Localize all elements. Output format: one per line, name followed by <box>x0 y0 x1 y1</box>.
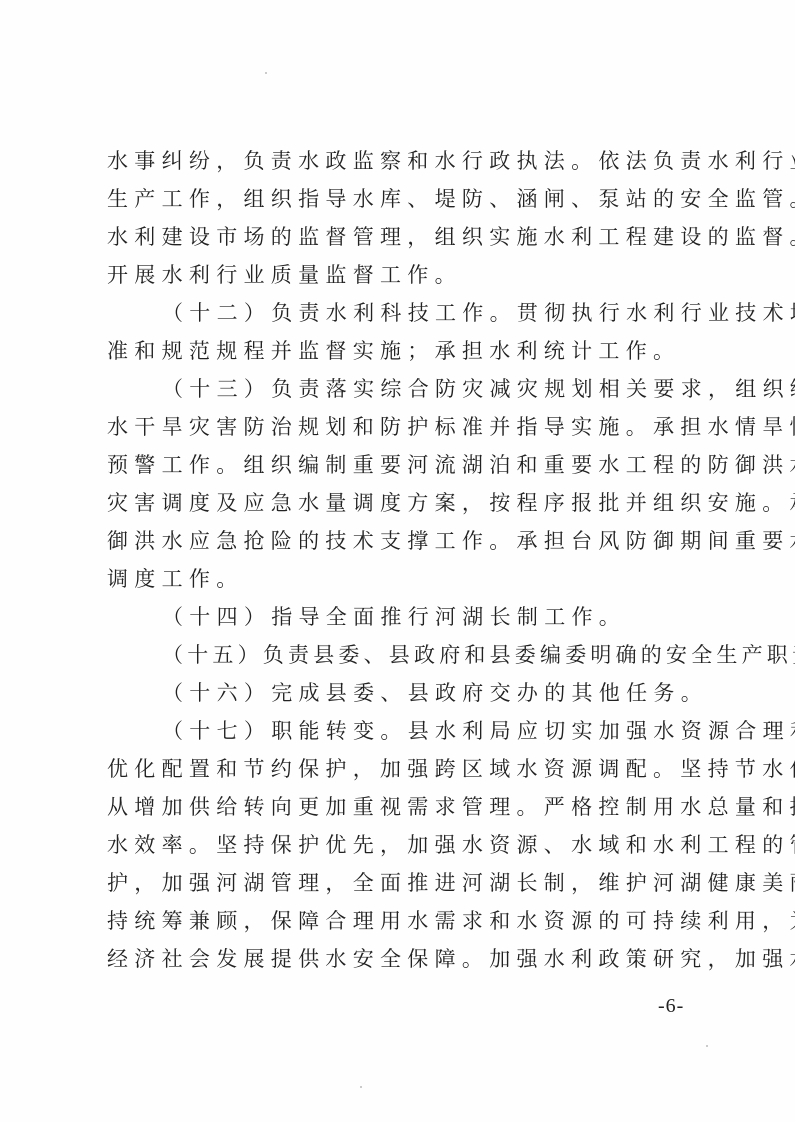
paragraph-17-line-1: （十七）职能转变。县水利局应切实加强水资源合理利用、 <box>107 712 687 750</box>
paragraph-12-line-2: 准和规范规程并监督实施；承担水利统计工作。 <box>107 332 687 370</box>
page-number: -6- <box>658 995 684 1018</box>
paragraph-14: （十四）指导全面推行河湖长制工作。 <box>107 598 687 636</box>
paragraph-17-line-6: 持统筹兼顾，保障合理用水需求和水资源的可持续利用，为全县 <box>107 902 687 940</box>
paragraph-16: （十六）完成县委、县政府交办的其他任务。 <box>107 674 687 712</box>
paragraph-13-line-5: 御洪水应急抢险的技术支撑工作。承担台风防御期间重要水工程 <box>107 522 687 560</box>
scan-speck <box>706 1045 708 1047</box>
paragraph-13-line-3: 预警工作。组织编制重要河流湖泊和重要水工程的防御洪水抗御 <box>107 446 687 484</box>
paragraph-13-line-4: 灾害调度及应急水量调度方案，按程序报批并组织安施。承担防 <box>107 484 687 522</box>
paragraph-12-line-1: （十二）负责水利科技工作。贯彻执行水利行业技术地方标 <box>107 294 687 332</box>
paragraph-17-line-7: 经济社会发展提供水安全保障。加强水利政策研究，加强水利重 <box>107 940 687 978</box>
paragraph-17-line-3: 从增加供给转向更加重视需求管理。严格控制用水总量和提高用 <box>107 788 687 826</box>
paragraph-13-line-1: （十三）负责落实综合防灾减灾规划相关要求，组织编制洪 <box>107 370 687 408</box>
paragraph-11-line-4: 开展水利行业质量监督工作。 <box>107 256 687 294</box>
paragraph-17-line-5: 护，加强河湖管理，全面推进河湖长制，维护河湖健康美丽。坚 <box>107 864 687 902</box>
scan-speck <box>265 72 267 74</box>
paragraph-11-line-3: 水利建设市场的监督管理，组织实施水利工程建设的监督。组织 <box>107 218 687 256</box>
paragraph-13-line-6: 调度工作。 <box>107 560 687 598</box>
document-body: 水事纠纷，负责水政监察和水行政执法。依法负责水利行业安全 生产工作，组织指导水库… <box>107 142 687 978</box>
paragraph-17-line-2: 优化配置和节约保护，加强跨区域水资源调配。坚持节水优先， <box>107 750 687 788</box>
paragraph-11-line-1: 水事纠纷，负责水政监察和水行政执法。依法负责水利行业安全 <box>107 142 687 180</box>
document-page: 水事纠纷，负责水政监察和水行政执法。依法负责水利行业安全 生产工作，组织指导水库… <box>0 0 795 1122</box>
paragraph-15: （十五）负责县委、县政府和县委编委明确的安全生产职责。 <box>107 636 687 674</box>
paragraph-17-line-4: 水效率。坚持保护优先，加强水资源、水域和水利工程的管理保 <box>107 826 687 864</box>
paragraph-13-line-2: 水干旱灾害防治规划和防护标准并指导实施。承担水情旱情监测 <box>107 408 687 446</box>
scan-speck <box>360 1086 362 1088</box>
paragraph-11-line-2: 生产工作，组织指导水库、堤防、涵闸、泵站的安全监管。指导 <box>107 180 687 218</box>
